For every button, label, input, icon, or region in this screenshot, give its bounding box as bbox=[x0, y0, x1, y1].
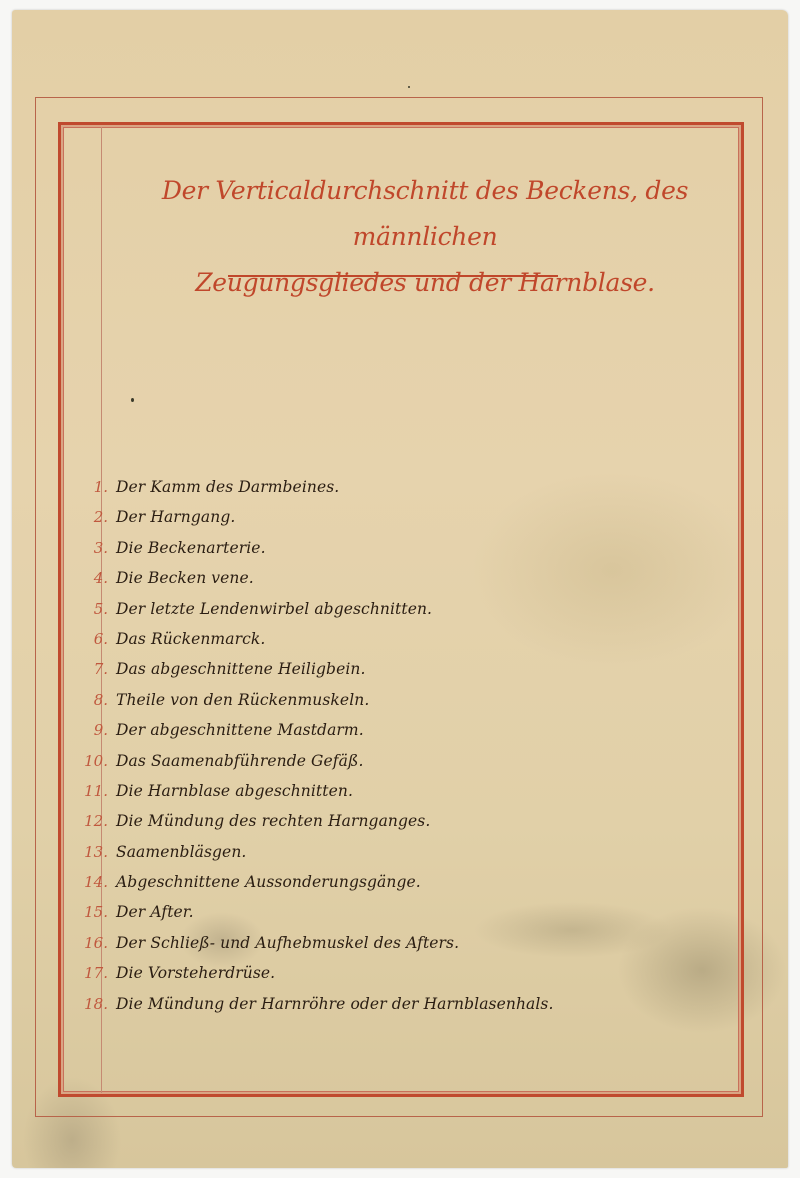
item-text: Das Saamenabführende Gefäß. bbox=[114, 752, 363, 770]
list-item: 4.Die Becken vene. bbox=[70, 569, 690, 599]
list-item: 13.Saamenbläsgen. bbox=[70, 843, 690, 873]
item-number: 7. bbox=[70, 660, 114, 678]
item-number: 12. bbox=[70, 812, 114, 830]
item-number: 13. bbox=[70, 843, 114, 861]
item-text: Die Becken vene. bbox=[114, 569, 254, 587]
item-text: Das abgeschnittene Heiligbein. bbox=[114, 660, 366, 678]
item-number: 2. bbox=[70, 508, 114, 526]
item-text: Abgeschnittene Aussonderungsgänge. bbox=[114, 873, 421, 891]
list-item: 15.Der After. bbox=[70, 903, 690, 933]
list-item: 5.Der letzte Lendenwirbel abgeschnitten. bbox=[70, 600, 690, 630]
item-text: Das Rückenmarck. bbox=[114, 630, 265, 648]
item-number: 14. bbox=[70, 873, 114, 891]
item-text: Der letzte Lendenwirbel abgeschnitten. bbox=[114, 600, 432, 618]
list-item: 1.Der Kamm des Darmbeines. bbox=[70, 478, 690, 508]
item-number: 6. bbox=[70, 630, 114, 648]
item-number: 17. bbox=[70, 964, 114, 982]
list-item: 14.Abgeschnittene Aussonderungsgänge. bbox=[70, 873, 690, 903]
item-number: 8. bbox=[70, 691, 114, 709]
item-text: Der abgeschnittene Mastdarm. bbox=[114, 721, 364, 739]
item-text: Die Mündung des rechten Harnganges. bbox=[114, 812, 430, 830]
list-item: 18.Die Mündung der Harnröhre oder der Ha… bbox=[70, 995, 690, 1025]
item-number: 3. bbox=[70, 539, 114, 557]
item-text: Die Mündung der Harnröhre oder der Harnb… bbox=[114, 995, 554, 1013]
item-text: Saamenbläsgen. bbox=[114, 843, 246, 861]
title-line-1: Der Verticaldurchschnitt des Beckens, de… bbox=[162, 176, 688, 251]
list-item: 3.Die Beckenarterie. bbox=[70, 539, 690, 569]
item-number: 11. bbox=[70, 782, 114, 800]
item-text: Die Harnblase abgeschnitten. bbox=[114, 782, 353, 800]
item-number: 16. bbox=[70, 934, 114, 952]
item-number: 10. bbox=[70, 752, 114, 770]
item-number: 18. bbox=[70, 995, 114, 1013]
list-item: 9.Der abgeschnittene Mastdarm. bbox=[70, 721, 690, 751]
title-line-2: Zeugungsgliedes und der Harnblase. bbox=[110, 260, 740, 306]
item-text: Der After. bbox=[114, 903, 194, 921]
item-number: 15. bbox=[70, 903, 114, 921]
ink-speck bbox=[131, 398, 134, 402]
item-text: Die Beckenarterie. bbox=[114, 539, 266, 557]
item-text: Die Vorsteherdrüse. bbox=[114, 964, 275, 982]
item-text: Theile von den Rückenmuskeln. bbox=[114, 691, 369, 709]
list-item: 11.Die Harnblase abgeschnitten. bbox=[70, 782, 690, 812]
list-item: 10.Das Saamenabführende Gefäß. bbox=[70, 752, 690, 782]
item-text: Der Schließ- und Aufhebmuskel des Afters… bbox=[114, 934, 459, 952]
item-number: 4. bbox=[70, 569, 114, 587]
page-title: Der Verticaldurchschnitt des Beckens, de… bbox=[110, 168, 740, 306]
list-item: 2.Der Harngang. bbox=[70, 508, 690, 538]
list-item: 12.Die Mündung des rechten Harnganges. bbox=[70, 812, 690, 842]
list-item: 17.Die Vorsteherdrüse. bbox=[70, 964, 690, 994]
item-number: 5. bbox=[70, 600, 114, 618]
item-number: 9. bbox=[70, 721, 114, 739]
ink-speck bbox=[408, 86, 410, 88]
legend-list: 1.Der Kamm des Darmbeines. 2.Der Harngan… bbox=[70, 478, 690, 1025]
item-text: Der Harngang. bbox=[114, 508, 235, 526]
title-underline bbox=[228, 275, 558, 277]
list-item: 6.Das Rückenmarck. bbox=[70, 630, 690, 660]
list-item: 8.Theile von den Rückenmuskeln. bbox=[70, 691, 690, 721]
item-text: Der Kamm des Darmbeines. bbox=[114, 478, 339, 496]
item-number: 1. bbox=[70, 478, 114, 496]
list-item: 7.Das abgeschnittene Heiligbein. bbox=[70, 660, 690, 690]
list-item: 16.Der Schließ- und Aufhebmuskel des Aft… bbox=[70, 934, 690, 964]
